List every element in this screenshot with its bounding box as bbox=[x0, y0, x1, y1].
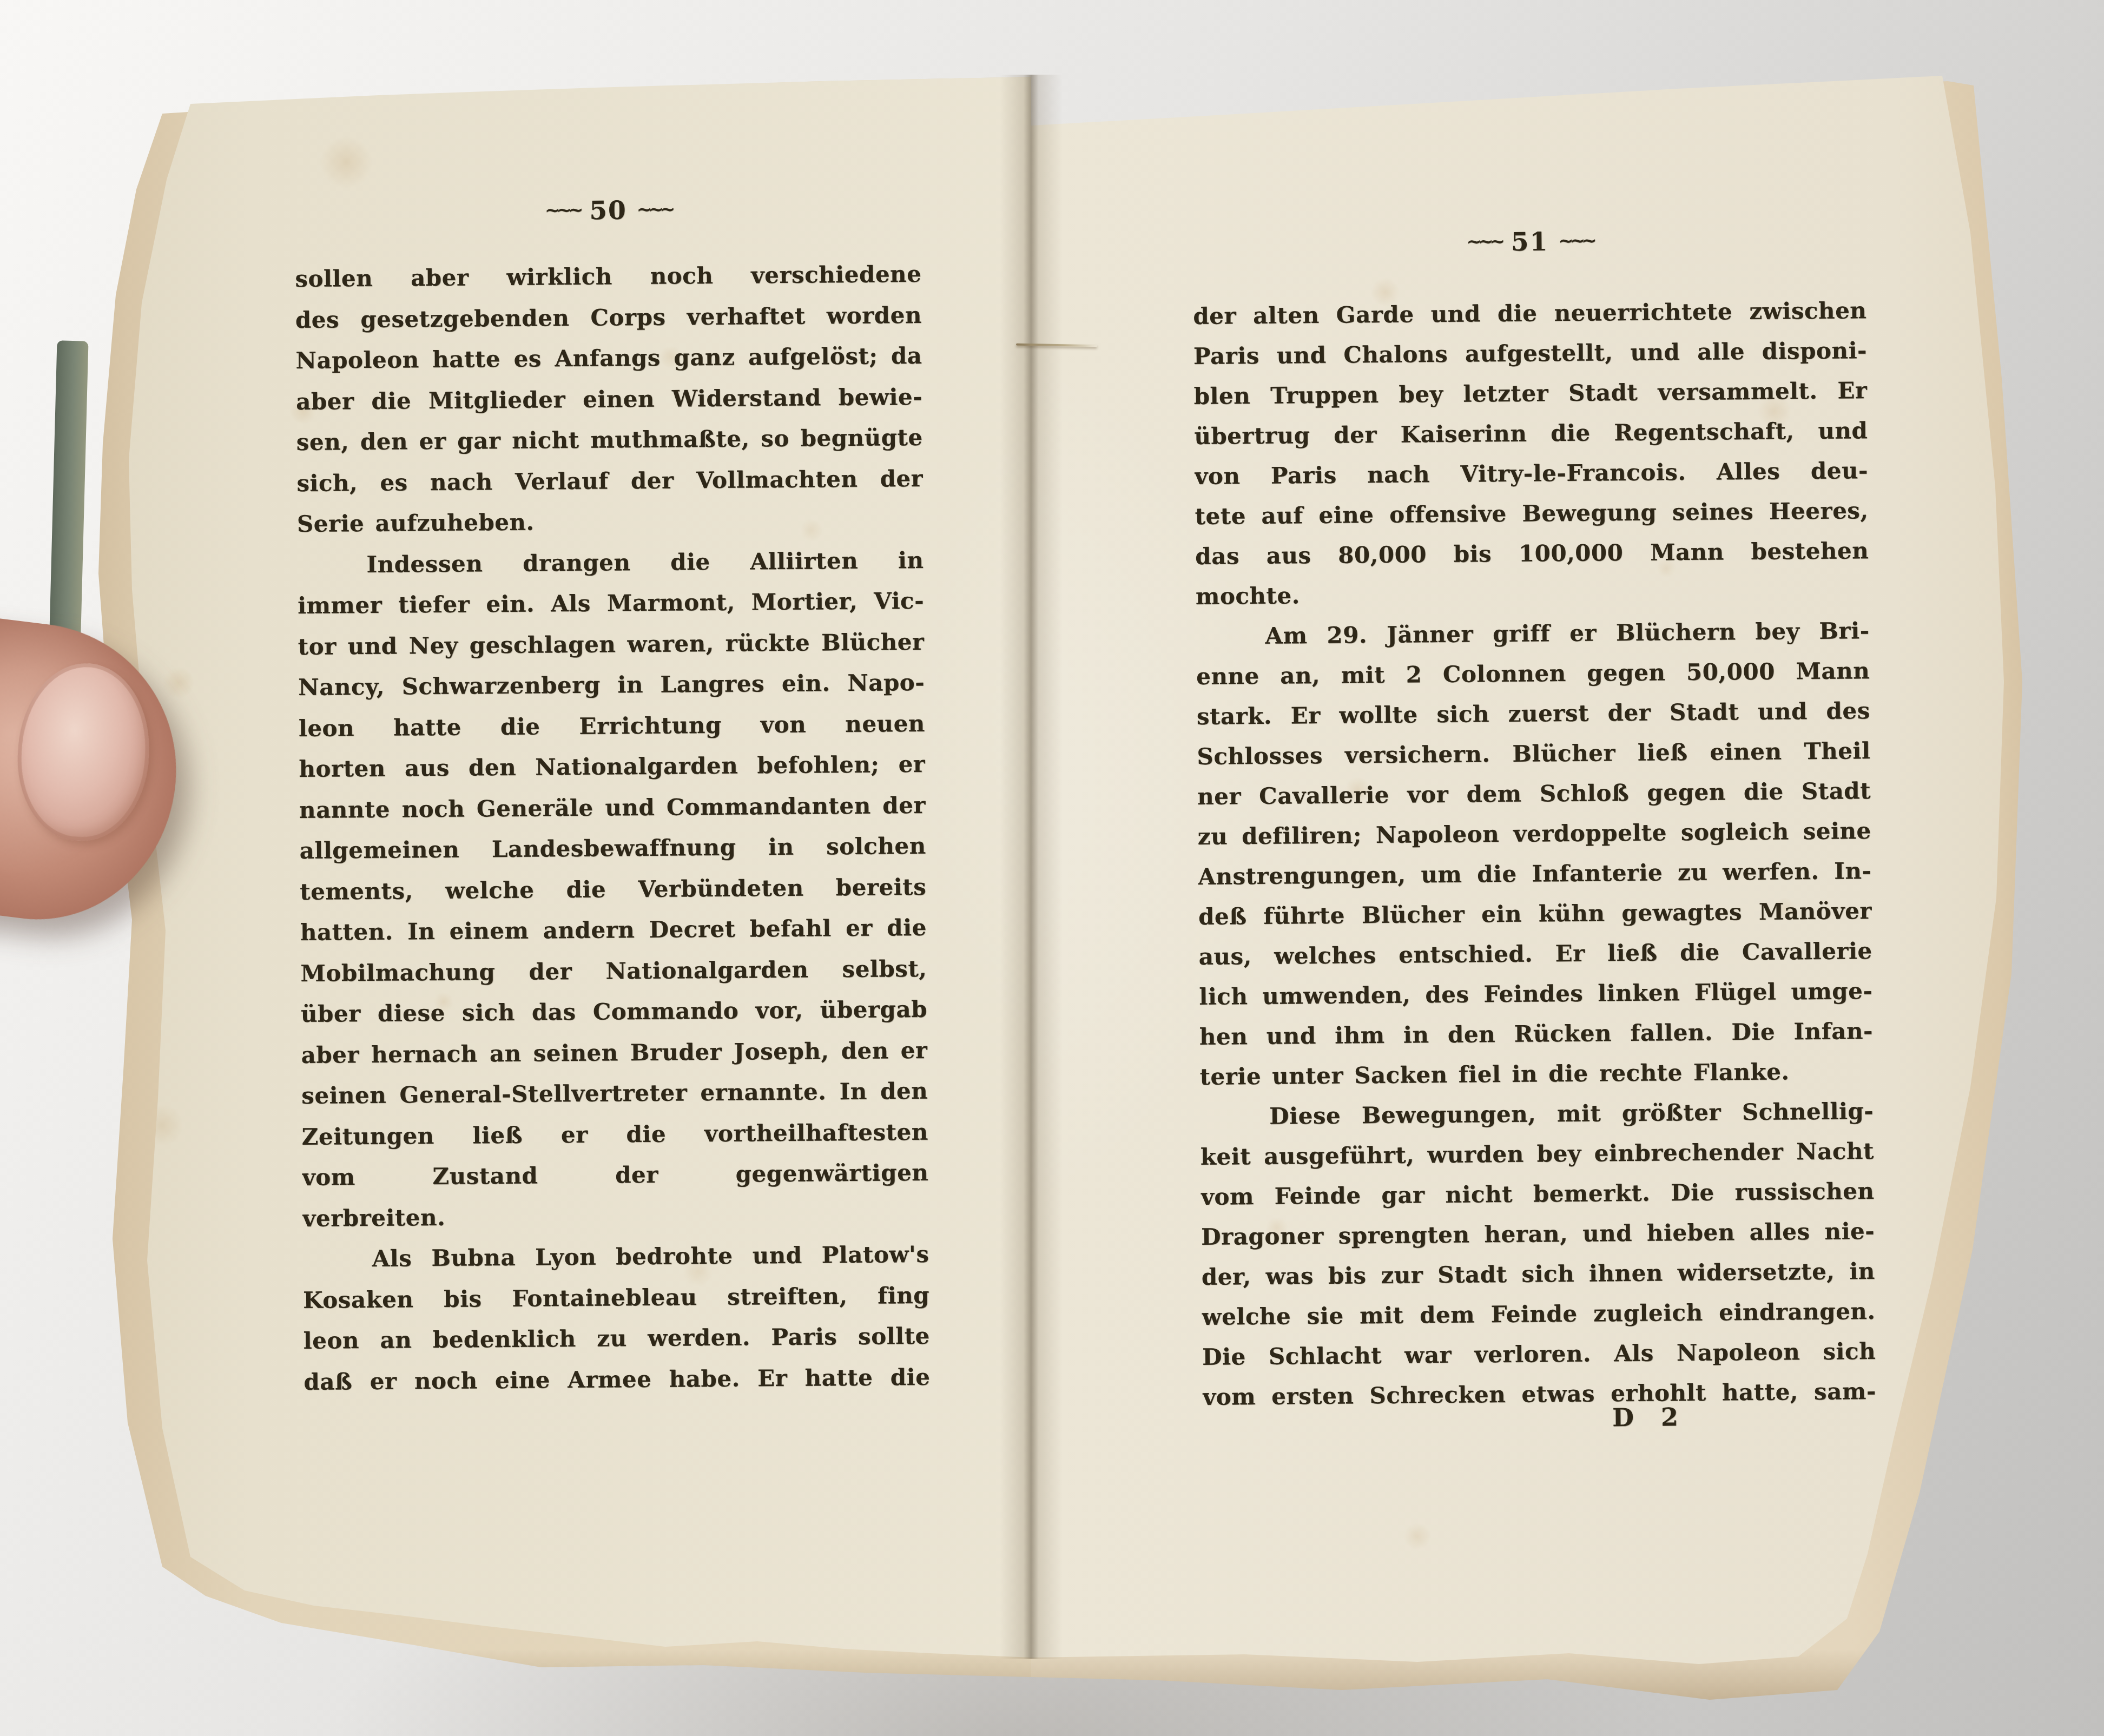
header-ornament: ~~~ bbox=[1456, 230, 1511, 253]
text-line: terie unter Sacken fiel in die rechte Fl… bbox=[1199, 1051, 1874, 1097]
text-line: immer tiefer ein. Als Marmont, Mortier, … bbox=[298, 580, 925, 626]
text-line: Am 29. Jänner griff er Blüchern bey Bri- bbox=[1196, 611, 1870, 657]
text-line: nannte noch Generäle und Commandanten de… bbox=[299, 784, 926, 830]
text-line: hatten. In einem andern Decret befahl er… bbox=[300, 907, 927, 953]
text-line: lich umwenden, des Feindes linken Flügel… bbox=[1199, 971, 1873, 1017]
text-line: vom ersten Schrecken etwas erhohlt hatte… bbox=[1202, 1371, 1876, 1417]
book-cover-edge bbox=[49, 340, 88, 652]
text-line: sich, es nach Verlauf der Vollmachten de… bbox=[296, 458, 924, 504]
text-line: allgemeinen Landesbewaffnung in solchen … bbox=[299, 826, 926, 872]
text-line: deß führte Blücher ein kühn gewagtes Man… bbox=[1198, 891, 1872, 937]
text-line: Indessen drangen die Alliirten in Frankr… bbox=[297, 539, 924, 585]
text-line: der, was bis zur Stadt sich ihnen widers… bbox=[1201, 1251, 1875, 1297]
text-line: keit ausgeführt, wurden bey einbrechende… bbox=[1201, 1131, 1875, 1177]
text-line: der alten Garde und die neuerrichtete zw… bbox=[1193, 291, 1867, 336]
signature-mark: D 2 bbox=[1612, 1402, 1775, 1433]
text-line: aber die Mitglieder einen Widerstand bew… bbox=[296, 376, 923, 422]
text-line: vom Feinde gar nicht bemerkt. Die russis… bbox=[1201, 1171, 1875, 1217]
text-line: Anstrengungen, um die Infanterie zu werf… bbox=[1198, 851, 1872, 897]
text-line: tements, welche die Verbündeten bereits … bbox=[300, 866, 927, 912]
text-line: Nancy, Schwarzenberg in Langres ein. Nap… bbox=[298, 662, 925, 708]
book-photo: ~~~50~~~ sollen aber wirklich noch versc… bbox=[0, 0, 2104, 1736]
page-number: 50 bbox=[589, 196, 627, 226]
text-line: tete auf eine offensive Bewegung seines … bbox=[1195, 491, 1869, 537]
text-line: mochte. bbox=[1196, 571, 1870, 617]
header-ornament: ~~~ bbox=[1548, 230, 1603, 252]
text-line: ner Cavallerie vor dem Schloß gegen die … bbox=[1197, 771, 1871, 817]
text-line: Schlosses versichern. Blücher ließ einen… bbox=[1197, 731, 1871, 777]
text-line: sollen aber wirklich noch verschiedene M… bbox=[295, 254, 922, 300]
header-ornament: ~~~ bbox=[627, 199, 682, 221]
text-line: leon hatte die Errichtung von neuen Gren… bbox=[299, 703, 926, 749]
text-line: hen und ihm in den Rücken fallen. Die In… bbox=[1199, 1011, 1874, 1057]
text-line: welche sie mit dem Feinde zugleich eindr… bbox=[1202, 1291, 1876, 1337]
right-page-header: ~~~51~~~ bbox=[1193, 225, 1866, 260]
text-line: enne an, mit 2 Colonnen gegen 50,000 Man… bbox=[1196, 651, 1870, 697]
text-line: Serie aufzuheben. bbox=[297, 499, 924, 545]
text-line: über diese sich das Commando vor, überga… bbox=[301, 989, 928, 1035]
header-ornament: ~~~ bbox=[535, 199, 590, 221]
text-line: leon an bedenklich zu werden. Paris soll… bbox=[303, 1316, 930, 1362]
text-line: Mobilmachung der Nationalgarden selbst, … bbox=[300, 948, 927, 994]
text-line: Zeitungen ließ er die vortheilhaftesten … bbox=[301, 1111, 928, 1157]
book-gutter bbox=[1000, 75, 1063, 1659]
text-line: horten aus den Nationalgarden befohlen; … bbox=[299, 744, 926, 790]
text-line: übertrug der Kaiserinn die Regentschaft,… bbox=[1194, 411, 1868, 457]
text-line: daß er noch eine Armee habe. Er hatte di… bbox=[304, 1356, 931, 1402]
page-number: 51 bbox=[1511, 227, 1549, 258]
text-line: seinen General-Stellvertreter ernannte. … bbox=[301, 1071, 928, 1117]
text-line: Die Schlacht war verloren. Als Napoleon … bbox=[1202, 1331, 1876, 1377]
right-page-text: der alten Garde und die neuerrichtete zw… bbox=[1193, 291, 1876, 1417]
text-line: Als Bubna Lyon bedrohte und Platow's bbox=[302, 1234, 929, 1280]
text-line: verbreiten. bbox=[302, 1193, 929, 1239]
text-line: vom Zustand der gegenwärtigen Angelegenh… bbox=[302, 1152, 929, 1198]
text-line: Diese Bewegungen, mit größter Schnellig- bbox=[1200, 1091, 1874, 1137]
text-line: des gesetzgebenden Corps verhaftet worde… bbox=[295, 294, 922, 340]
text-line: Paris und Chalons aufgestellt, und alle … bbox=[1193, 331, 1868, 377]
text-line: von Paris nach Vitry-le-Francois. Alles … bbox=[1195, 451, 1869, 497]
text-line: stark. Er wollte sich zuerst der Stadt u… bbox=[1196, 691, 1870, 737]
text-line: Dragoner sprengten heran, und hieben all… bbox=[1201, 1211, 1875, 1257]
left-page-text: sollen aber wirklich noch verschiedene M… bbox=[295, 254, 931, 1402]
text-line: zu defiliren; Napoleon verdoppelte sogle… bbox=[1197, 811, 1871, 857]
text-line: tor und Ney geschlagen waren, rückte Blü… bbox=[298, 621, 925, 667]
text-line: aus, welches entschied. Er ließ die Cava… bbox=[1198, 931, 1872, 977]
left-page-header: ~~~50~~~ bbox=[295, 193, 921, 228]
text-line: Napoleon hatte es Anfangs ganz aufgelöst… bbox=[295, 335, 922, 381]
text-line: das aus 80,000 bis 100,000 Mann bestehen bbox=[1195, 531, 1869, 577]
text-line: blen Truppen bey letzter Stadt versammel… bbox=[1193, 371, 1868, 417]
text-line: sen, den er gar nicht muthmaßte, so begn… bbox=[296, 417, 923, 463]
text-line: Kosaken bis Fontainebleau streiften, fin… bbox=[303, 1275, 930, 1321]
text-line: aber hernach an seinen Bruder Joseph, de… bbox=[301, 1029, 928, 1075]
